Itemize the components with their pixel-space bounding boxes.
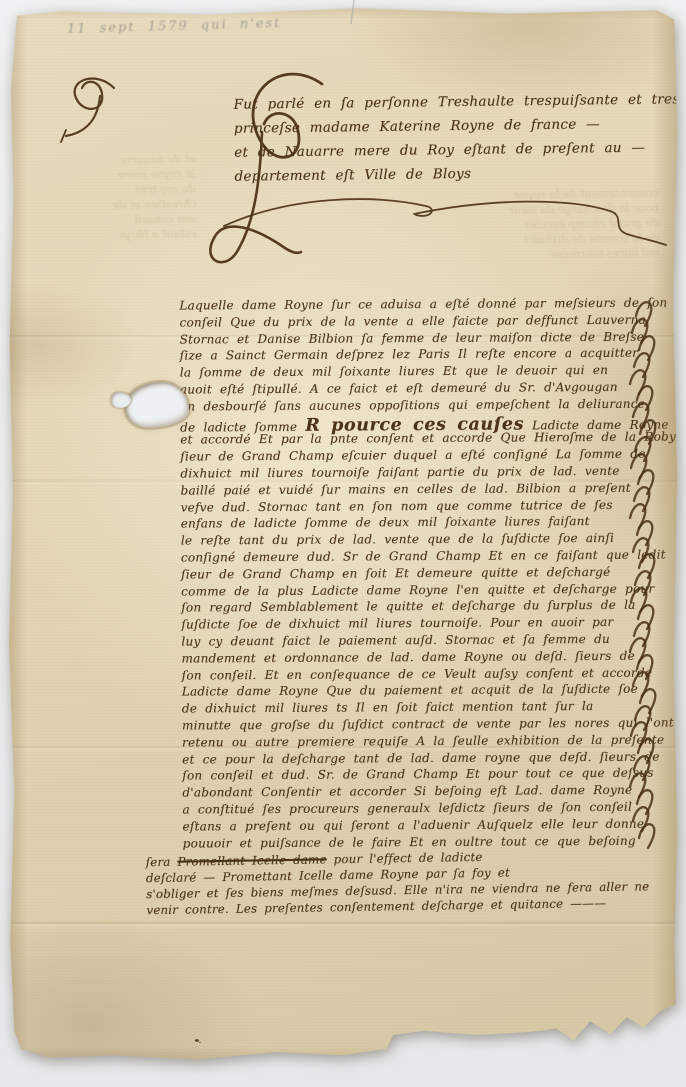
header-block: Fut parlé en ſa perſonne Treshaulte tres… <box>233 87 674 188</box>
scanned-manuscript: 11 sept 1579 qui n'est et de nauarre la … <box>0 0 686 1087</box>
paper-shadow-wrap: 11 sept 1579 qui n'est et de nauarre la … <box>0 0 686 1087</box>
verso-showthrough-left: et de nauarre la royne mere du roy tres … <box>10 151 197 244</box>
closing-fragment: ſera <box>146 855 178 869</box>
ink-blot <box>195 1039 199 1042</box>
closing-fragment: pour l'effect de ladicte <box>326 850 482 866</box>
ink-speck <box>657 1027 660 1029</box>
closing-block: ſera Promellant Icelle dame pour l'effec… <box>146 847 677 919</box>
header-line: departement eſt Ville de Bloys <box>234 159 674 188</box>
struck-out-text: Promellant Icelle dame <box>177 852 326 868</box>
manuscript-page: 11 sept 1579 qui n'est et de nauarre la … <box>9 5 677 1068</box>
ink-speck <box>569 1051 574 1053</box>
pencil-annotation: 11 sept 1579 qui n'est <box>67 16 282 37</box>
verso-showthrough-center: consentement de la royne pour la deschar… <box>338 185 659 266</box>
body-text-block: Laquelle dame Royne ſur ce aduisa a eſté… <box>179 296 670 853</box>
paper-hole <box>125 382 189 428</box>
showthrough-line: estant a bloys <box>12 226 197 244</box>
